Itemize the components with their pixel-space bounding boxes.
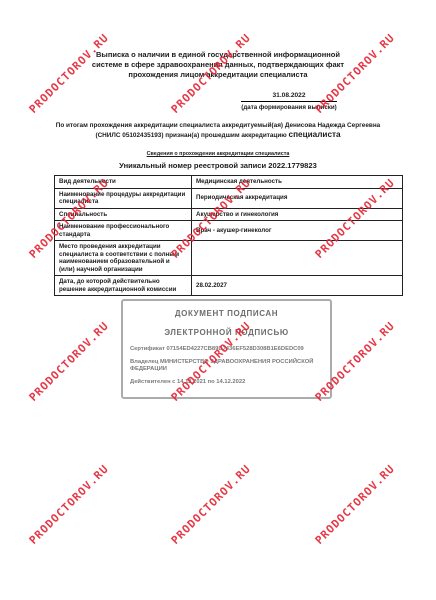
row-value: 28.02.2027 xyxy=(192,276,403,296)
accreditation-extract-page: Выписка о наличии в единой государственн… xyxy=(0,0,436,600)
stamp-title-line1: ДОКУМЕНТ ПОДПИСАН xyxy=(123,309,330,318)
table-row: Наименование профессионального стандарта… xyxy=(55,221,403,241)
table-row: Место проведения аккредитации специалист… xyxy=(55,241,403,276)
row-label: Вид деятельности xyxy=(55,176,192,189)
accreditation-table: Вид деятельности Медицинская деятельност… xyxy=(54,175,403,296)
stamp-certificate-line: Сертификат 07154ED4227CB89D7436EF528D308… xyxy=(130,346,323,353)
table-row: Наименование процедуры аккредитации спец… xyxy=(55,188,403,208)
row-label: Специальность xyxy=(55,208,192,221)
stamp-details: Сертификат 07154ED4227CB89D7436EF528D308… xyxy=(130,346,323,386)
intro-emphasis: специалиста xyxy=(289,130,341,139)
row-value xyxy=(192,241,403,276)
row-label: Дата, до которой действительно решение а… xyxy=(55,276,192,296)
table-row: Специальность Акушерство и гинекология xyxy=(55,208,403,221)
row-label: Наименование профессионального стандарта xyxy=(55,221,192,241)
row-label: Наименование процедуры аккредитации спец… xyxy=(55,188,192,208)
registry-number-line: Уникальный номер реестровой записи 2022.… xyxy=(0,161,436,170)
document-body: Выписка о наличии в единой государственн… xyxy=(0,0,436,600)
section-heading: Сведения о прохождении аккредитации спец… xyxy=(0,151,436,157)
table-row: Вид деятельности Медицинская деятельност… xyxy=(55,176,403,189)
row-value: Медицинская деятельность xyxy=(192,176,403,189)
electronic-signature-stamp: ДОКУМЕНТ ПОДПИСАН ЭЛЕКТРОННОЙ ПОДПИСЬЮ С… xyxy=(121,299,332,399)
stamp-owner-line: Владелец МИНИСТЕРСТВО ЗДРАВООХРАНЕНИЯ РО… xyxy=(130,359,315,373)
document-title: Выписка о наличии в единой государственн… xyxy=(20,50,416,80)
stamp-title-line2: ЭЛЕКТРОННОЙ ПОДПИСЬЮ xyxy=(123,328,330,337)
row-label: Место проведения аккредитации специалист… xyxy=(55,241,192,276)
table-row: Дата, до которой действительно решение а… xyxy=(55,276,403,296)
stamp-validity-line: Действителен с 14.12.2021 по 14.12.2022 xyxy=(130,379,323,386)
row-value: Акушерство и гинекология xyxy=(192,208,403,221)
row-value: Периодическая аккредитация xyxy=(192,188,403,208)
issue-date-block: 31.08.2022 (дата формирования выписки) xyxy=(241,92,337,111)
row-value: Врач - акушер-гинеколог xyxy=(192,221,403,241)
intro-paragraph: По итогам прохождения аккредитации специ… xyxy=(46,121,390,140)
issue-date-value: 31.08.2022 xyxy=(241,92,337,102)
issue-date-caption: (дата формирования выписки) xyxy=(241,104,337,111)
